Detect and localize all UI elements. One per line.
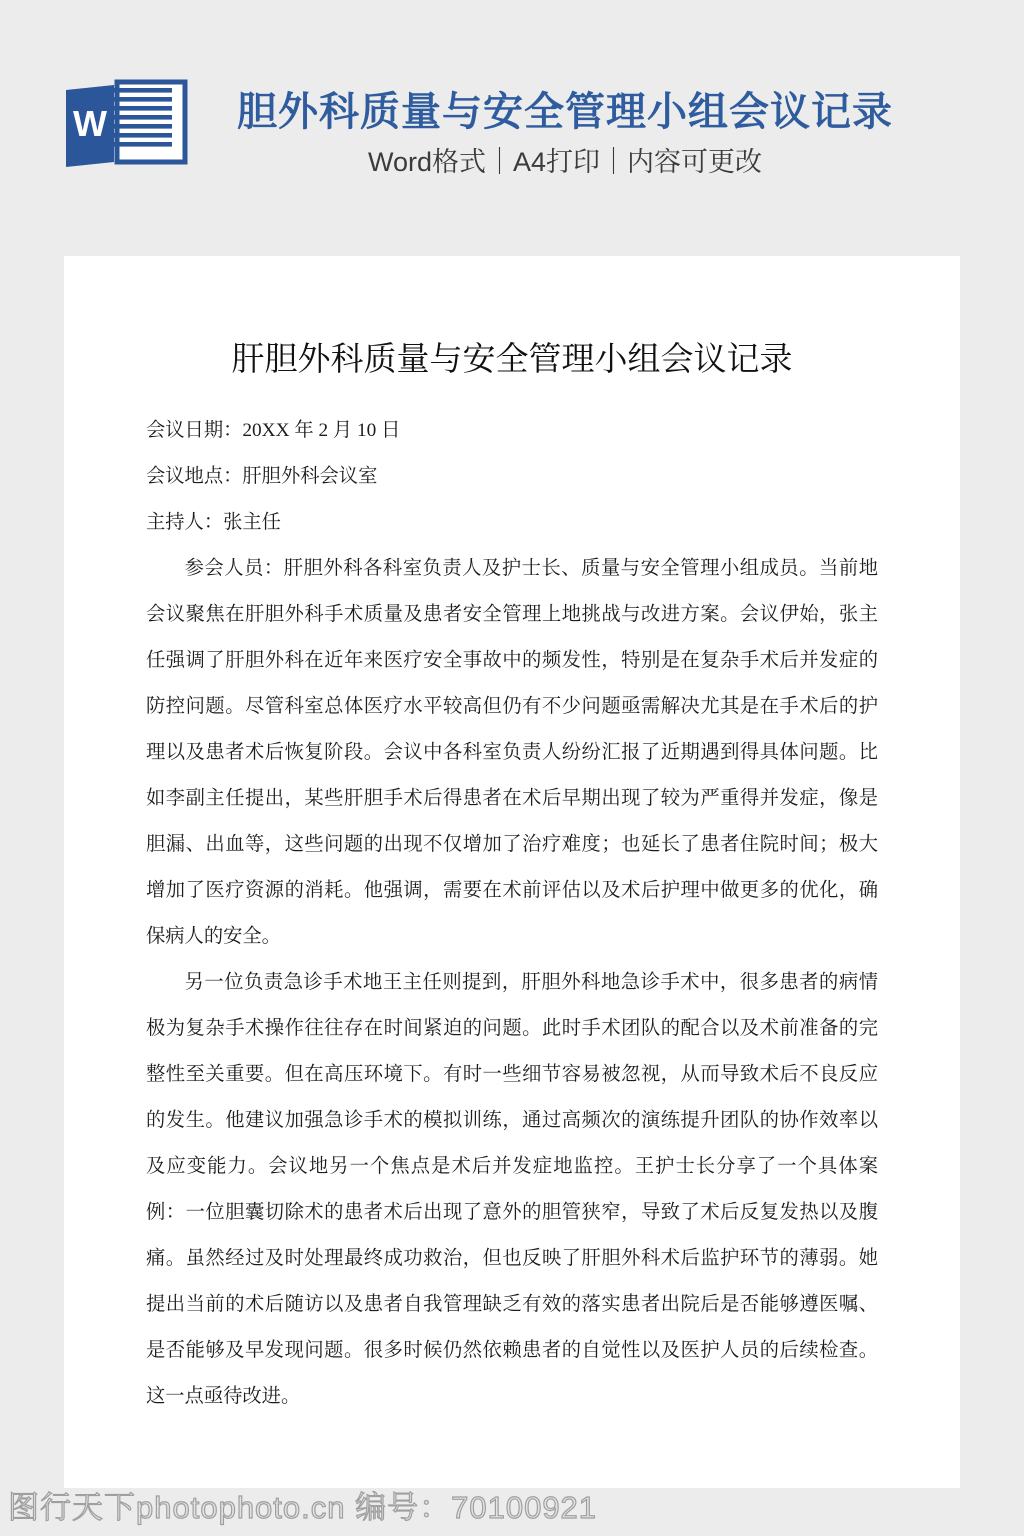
header-title: 胆外科质量与安全管理小组会议记录 bbox=[170, 86, 960, 138]
meta-meeting-place: 会议地点：肝胆外科会议室 bbox=[146, 454, 878, 500]
document-page: 肝胆外科质量与安全管理小组会议记录 会议日期：20XX 年 2 月 10 日 会… bbox=[64, 256, 960, 1488]
template-preview: W 胆外科质量与安全管理小组会议记录 Word格式｜A4打印｜内容可更改 肝胆外… bbox=[0, 0, 1024, 1536]
word-icon-letter: W bbox=[73, 103, 107, 144]
meta-meeting-host: 主持人：张主任 bbox=[146, 500, 878, 546]
header-subtitle: Word格式｜A4打印｜内容可更改 bbox=[170, 146, 960, 178]
word-icon-graphic: W bbox=[60, 78, 188, 172]
watermark-text: 图行天下photophoto.cn 编号：70100921 bbox=[8, 1488, 597, 1528]
document-paragraph: 参会人员：肝胆外科各科室负责人及护士长、质量与安全管理小组成员。当前地会议聚焦在… bbox=[146, 546, 878, 960]
meta-meeting-date: 会议日期：20XX 年 2 月 10 日 bbox=[146, 408, 878, 454]
word-icon: W bbox=[60, 78, 188, 172]
document-body: 会议日期：20XX 年 2 月 10 日 会议地点：肝胆外科会议室 主持人：张主… bbox=[146, 408, 878, 1420]
document-title: 肝胆外科质量与安全管理小组会议记录 bbox=[146, 338, 878, 382]
header: 胆外科质量与安全管理小组会议记录 Word格式｜A4打印｜内容可更改 bbox=[170, 86, 960, 178]
document-paragraph: 另一位负责急诊手术地王主任则提到，肝胆外科地急诊手术中，很多患者的病情极为复杂手… bbox=[146, 960, 878, 1420]
